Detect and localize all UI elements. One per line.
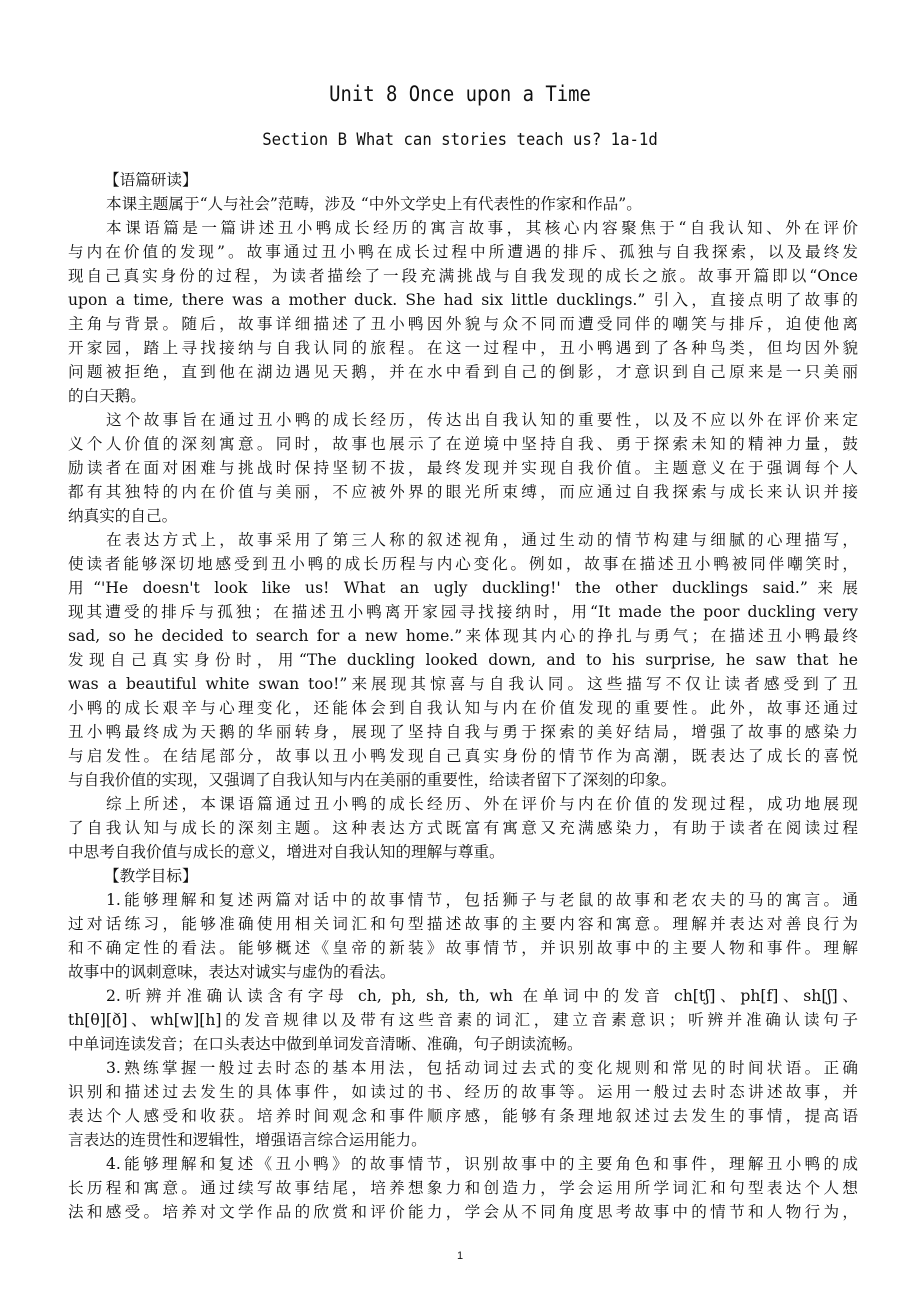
paragraph-line: 与启发性。在结尾部分，故事以丑小鸭发现自己真实身份的情节作为高潮，既表达了成长的… (68, 744, 858, 768)
paragraph-line: upon a time, there was a mother duck. Sh… (68, 288, 858, 312)
section-heading-teaching-goals: 【教学目标】 (104, 864, 198, 888)
goal-line: th[θ][ð]、wh[w][h]的发音规律以及带有这些音素的词汇，建立音素意识… (68, 1008, 858, 1032)
goal-line: 表达个人感受和收获。培养时间观念和事件顺序感，能够有条理地叙述过去发生的事情，提… (68, 1104, 858, 1128)
paragraph-line: sad, so he decided to search for a new h… (68, 624, 858, 648)
paragraph-line: 问题被拒绝，直到他在湖边遇见天鹅，并在水中看到自己的倒影，才意识到自己原来是一只… (68, 360, 858, 384)
paragraph-line: 与内在价值的发现”。故事通过丑小鸭在成长过程中所遭遇的排斥、孤独与自我探索，以及… (68, 240, 858, 264)
goal-line: 故事中的讽刺意味，表达对诚实与虚伪的看法。 (68, 960, 858, 984)
goal-line: 识别和描述过去发生的具体事件，如读过的书、经历的故事等。运用一般过去时态讲述故事… (68, 1080, 858, 1104)
paragraph-line: 使读者能够深切地感受到丑小鸭的成长历程与内心变化。例如，故事在描述丑小鸭被同伴嘲… (68, 552, 858, 576)
paragraph-line: 综上所述，本课语篇通过丑小鸭的成长经历、外在评价与内在价值的发现过程，成功地展现 (106, 792, 858, 816)
document-page: Unit 8 Once upon a Time Section B What c… (0, 0, 920, 1302)
page-number: 1 (0, 1250, 920, 1262)
goal-line: 言表达的连贯性和逻辑性，增强语言综合运用能力。 (68, 1128, 858, 1152)
paragraph-line: 现其遭受的排斥与孤独；在描述丑小鸭离开家园寻找接纳时，用“It made the… (68, 600, 858, 624)
paragraph-line: 现自己真实身份的过程，为读者描绘了一段充满挑战与自我发现的成长之旅。故事开篇即以… (68, 264, 858, 288)
paragraph-line: 用“'He doesn't look like us! What an ugly… (68, 576, 858, 600)
paragraph-line: 义个人价值的深刻寓意。同时，故事也展示了在逆境中坚持自我、勇于探索未知的精神力量… (68, 432, 858, 456)
goal-line: 长历程和寓意。通过续写故事结尾，培养想象力和创造力，学会运用所学词汇和句型表达个… (68, 1176, 858, 1200)
goal-line: 和不确定性的看法。能够概述《皇帝的新装》故事情节，并识别故事中的主要人物和事件。… (68, 936, 858, 960)
paragraph-line: 发现自己真实身份时，用“The duckling looked down, an… (68, 648, 858, 672)
paragraph-line: 纳真实的自己。 (68, 504, 858, 528)
goal-line: 过对话练习，能够准确使用相关词汇和句型描述故事的主要内容和寓意。理解并表达对善良… (68, 912, 858, 936)
paragraph-line: 本课语篇是一篇讲述丑小鸭成长经历的寓言故事，其核心内容聚焦于“自我认知、外在评价 (106, 216, 858, 240)
goal-line: 1.能够理解和复述两篇对话中的故事情节，包括狮子与老鼠的故事和老农夫的马的寓言。… (106, 888, 858, 912)
paragraph-line: 了自我认知与成长的深刻主题。这种表达方式既富有寓意又充满感染力，有助于读者在阅读… (68, 816, 858, 840)
paragraph-line: 中思考自我价值与成长的意义，增进对自我认知的理解与尊重。 (68, 840, 858, 864)
paragraph-line: 都有其独特的内在价值与美丽，不应被外界的眼光所束缚，而应通过自我探索与成长来认识… (68, 480, 858, 504)
paragraph-line: 与自我价值的实现，又强调了自我认知与内在美丽的重要性，给读者留下了深刻的印象。 (68, 768, 858, 792)
paragraph-line: 在表达方式上，故事采用了第三人称的叙述视角，通过生动的情节构建与细腻的心理描写， (106, 528, 858, 552)
goal-line: 4.能够理解和复述《丑小鸭》的故事情节，识别故事中的主要角色和事件，理解丑小鸭的… (106, 1152, 858, 1176)
paragraph-line: 本课主题属于“人与社会”范畴，涉及 “中外文学史上有代表性的作家和作品”。 (106, 192, 858, 216)
goal-line: 3.熟练掌握一般过去时态的基本用法，包括动词过去式的变化规则和常见的时间状语。正… (106, 1056, 858, 1080)
document-subtitle: Section B What can stories teach us? 1a-… (37, 130, 883, 150)
paragraph-line: was a beautiful white swan too!”来展现其惊喜与自… (68, 672, 858, 696)
paragraph-line: 小鸭的成长艰辛与心理变化，还能体会到自我认知与内在价值发现的重要性。此外，故事还… (68, 696, 858, 720)
goal-line: 2.听辨并准确认读含有字母 ch, ph, sh, th, wh 在单词中的发音… (106, 984, 858, 1008)
goal-line: 法和感受。培养对文学作品的欣赏和评价能力，学会从不同角度思考故事中的情节和人物行… (68, 1200, 858, 1224)
paragraph-line: 开家园，踏上寻找接纳与自我认同的旅程。在这一过程中，丑小鸭遇到了各种鸟类，但均因… (68, 336, 858, 360)
section-heading-text-study: 【语篇研读】 (104, 168, 198, 192)
goal-line: 中单词连读发音；在口头表达中做到单词发音清晰、准确，句子朗读流畅。 (68, 1032, 858, 1056)
paragraph-line: 这个故事旨在通过丑小鸭的成长经历，传达出自我认知的重要性，以及不应以外在评价来定 (106, 408, 858, 432)
paragraph-line: 的白天鹅。 (68, 384, 858, 408)
paragraph-line: 励读者在面对困难与挑战时保持坚韧不拔，最终发现并实现自我价值。主题意义在于强调每… (68, 456, 858, 480)
document-title: Unit 8 Once upon a Time (46, 82, 874, 106)
paragraph-line: 丑小鸭最终成为天鹅的华丽转身，展现了坚持自我与勇于探索的美好结局，增强了故事的感… (68, 720, 858, 744)
paragraph-line: 主角与背景。随后，故事详细描述了丑小鸭因外貌与众不同而遭受同伴的嘲笑与排斥，迫使… (68, 312, 858, 336)
